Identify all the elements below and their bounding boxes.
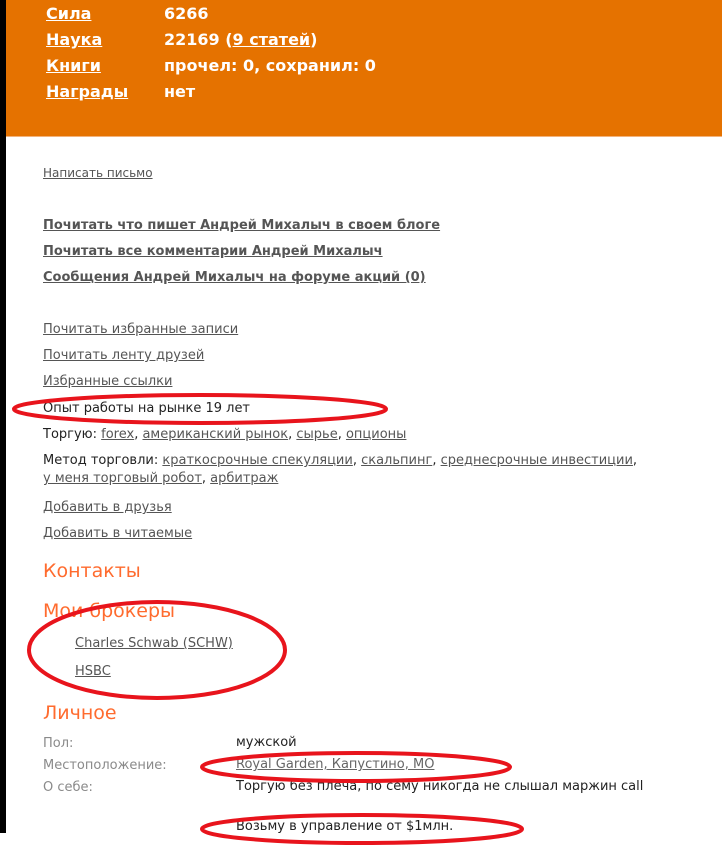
read-comments-link[interactable]: Почитать все комментарии Андрей Михалыч [43,244,383,259]
favorite-links-link[interactable]: Избранные ссылки [43,374,172,389]
forum-messages-link[interactable]: Сообщения Андрей Михалыч на форуме акций… [43,270,426,285]
profile-stats-header: Сила 6266 Наука 22169 (9 статей) Книги п… [6,0,722,137]
stat-awards-link[interactable]: Награды [46,82,128,101]
method-label: Метод торговли: [43,453,158,468]
trade-commodities-link[interactable]: сырье [296,427,337,442]
brokers-heading: Мои брокеры [43,600,175,622]
location-value: Royal Garden, Капустино, МО [236,756,434,774]
method-arbitrage-link[interactable]: арбитраж [210,471,278,486]
gender-label: Пол: [43,736,73,751]
favorite-posts-link[interactable]: Почитать избранные записи [43,322,238,337]
trade-options-link[interactable]: опционы [346,427,406,442]
about-text-2: Возьму в управление от $1млн. [236,818,453,836]
stat-books-link[interactable]: Книги [46,56,101,75]
about-text-1: Торгую без плеча, по сему никогда не слы… [236,778,676,796]
trade-label: Торгую: [43,427,97,442]
personal-heading: Личное [43,702,117,724]
write-letter-link[interactable]: Написать письмо [43,166,153,180]
experience-text: Опыт работы на рынке 19 лет [43,400,250,418]
gender-value: мужской [236,734,297,752]
trade-forex-link[interactable]: forex [101,427,134,442]
broker-hsbc-link[interactable]: HSBC [75,664,111,679]
science-score: 22169 ( [164,30,233,49]
method-short-term-link[interactable]: краткосрочные спекуляции [162,453,352,468]
trade-us-market-link[interactable]: американский рынок [142,427,288,442]
method-mid-term-link[interactable]: среднесрочные инвестиции [441,453,633,468]
read-blog-link[interactable]: Почитать что пишет Андрей Михалыч в свое… [43,218,440,233]
add-readable-link[interactable]: Добавить в читаемые [43,526,192,541]
about-label: О себе: [43,780,93,795]
paren-close: ) [310,30,317,49]
method-robot-link[interactable]: у меня торговый робот [43,471,202,486]
stat-books-value: прочел: 0, сохранил: 0 [164,56,376,75]
trade-methods: Метод торговли: краткосрочные спекуляции… [43,452,643,488]
trade-markets: Торгую: forex, американский рынок, сырье… [43,426,406,444]
add-friend-link[interactable]: Добавить в друзья [43,500,172,515]
stat-strength-link[interactable]: Сила [46,4,91,23]
articles-link[interactable]: 9 статей [233,30,311,49]
stat-science-link[interactable]: Наука [46,30,102,49]
location-label: Местоположение: [43,758,167,773]
stat-science-value: 22169 (9 статей) [164,30,317,49]
location-link[interactable]: Royal Garden, Капустино, МО [236,757,434,772]
friends-feed-link[interactable]: Почитать ленту друзей [43,348,204,363]
stat-awards-value: нет [164,82,195,101]
broker-schwab-link[interactable]: Charles Schwab (SCHW) [75,636,233,651]
contacts-heading: Контакты [43,560,141,582]
method-scalping-link[interactable]: скальпинг [361,453,432,468]
stat-strength-value: 6266 [164,4,209,23]
